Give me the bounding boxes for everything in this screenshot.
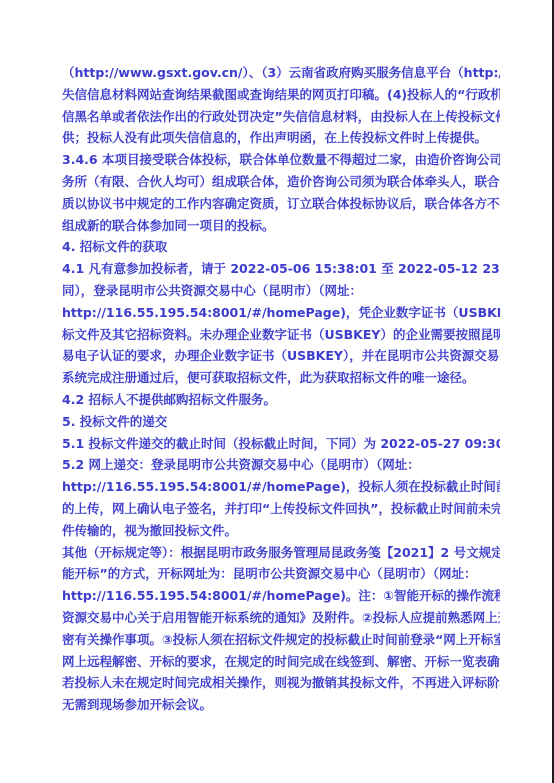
text-line: 3.4.6 本项目接受联合体投标，联合体单位数量不得超过二家，由造价咨询公司与会… — [62, 149, 500, 171]
text-line: 能开标”的方式，开标网址为：昆明市公共资源交易中心（昆明市）（网址： — [62, 563, 500, 585]
text-line: 资源交易中心关于启用智能开标系统的通知》及附件。②投标人应提前熟悉网上开标远程解 — [62, 607, 500, 629]
text-line: 密有关操作事项。③投标人须在招标文件规定的投标截止时间前登录“网上开标室”，根据 — [62, 629, 500, 651]
text-line: 若投标人未在规定时间完成相关操作，则视为撤销其投标文件，不再进入评标阶段。④投标… — [62, 672, 500, 694]
text-line: 系统完成注册通过后，便可获取招标文件，此为获取招标文件的唯一途径。 — [62, 367, 500, 389]
text-line: 失信信息材料网站查询结果截图或查询结果的网页打印稿。(4)投标人的“行政机关认定… — [62, 84, 500, 106]
text-line: 其他（开标规定等）：根据昆明市政务服务管理局昆政务笺【2021】2 号文规定，开… — [62, 542, 500, 564]
text-line: 5.1 投标文件递交的截止时间（投标截止时间，下同）为 2022-05-27 0… — [62, 433, 500, 455]
document-page: （http://www.gsxt.gov.cn/）、（3）云南省政府购买服务信息… — [0, 0, 554, 783]
text-line: 信黑名单或者依法作出的行政处罚决定”失信信息材料，由投标人在上传投标文件时上传提 — [62, 106, 500, 128]
text-line: 的上传，网上确认电子签名，并打印“上传投标文件回执”，投标截止时间前未完成投标文 — [62, 498, 500, 520]
text-line: 易电子认证的要求，办理企业数字证书（USBKEY），并在昆明市公共资源交易平台公… — [62, 345, 500, 367]
text-line: http://116.55.195.54:8001/#/homePage)，投标… — [62, 476, 500, 498]
text-line: 5. 投标文件的递交 — [62, 411, 500, 433]
text-line: 4.2 招标人不提供邮购招标文件服务。 — [62, 389, 500, 411]
text-line: 4. 招标文件的获取 — [62, 236, 500, 258]
text-line: 同），登录昆明市公共资源交易中心（昆明市）（网址： — [62, 280, 500, 302]
text-line: 无需到现场参加开标会议。 — [62, 694, 500, 716]
text-line: http://116.55.195.54:8001/#/homePage)。注：… — [62, 585, 500, 607]
text-line: 务所（有限、合伙人均可）组成联合体，造价咨询公司须为联合体牵头人，联合体投标人资 — [62, 171, 500, 193]
text-line: 网上远程解密、开标的要求，在规定的时间完成在线签到、解密、开标一览表确认等操作。 — [62, 651, 500, 673]
text-line: 质以协议书中规定的工作内容确定资质，订立联合体投标协议后，联合体各方不得再单独或 — [62, 193, 500, 215]
text-line: 5.2 网上递交：登录昆明市公共资源交易中心（昆明市）（网址： — [62, 454, 500, 476]
text-line: http://116.55.195.54:8001/#/homePage)，凭企… — [62, 302, 500, 324]
text-line: 组成新的联合体参加同一项目的投标。 — [62, 215, 500, 237]
text-line: 供；投标人没有此项失信信息的，作出声明函，在上传投标文件时上传提供。 — [62, 127, 500, 149]
text-line: 4.1 凡有意参加投标者，请于 2022-05-06 15:38:01 至 20… — [62, 258, 500, 280]
document-text: （http://www.gsxt.gov.cn/）、（3）云南省政府购买服务信息… — [62, 62, 500, 716]
text-line: 标文件及其它招标资料。未办理企业数字证书（USBKEY）的企业需要按照昆明市公共… — [62, 324, 500, 346]
text-line: （http://www.gsxt.gov.cn/）、（3）云南省政府购买服务信息… — [62, 62, 500, 84]
text-line: 件传输的，视为撤回投标文件。 — [62, 520, 500, 542]
